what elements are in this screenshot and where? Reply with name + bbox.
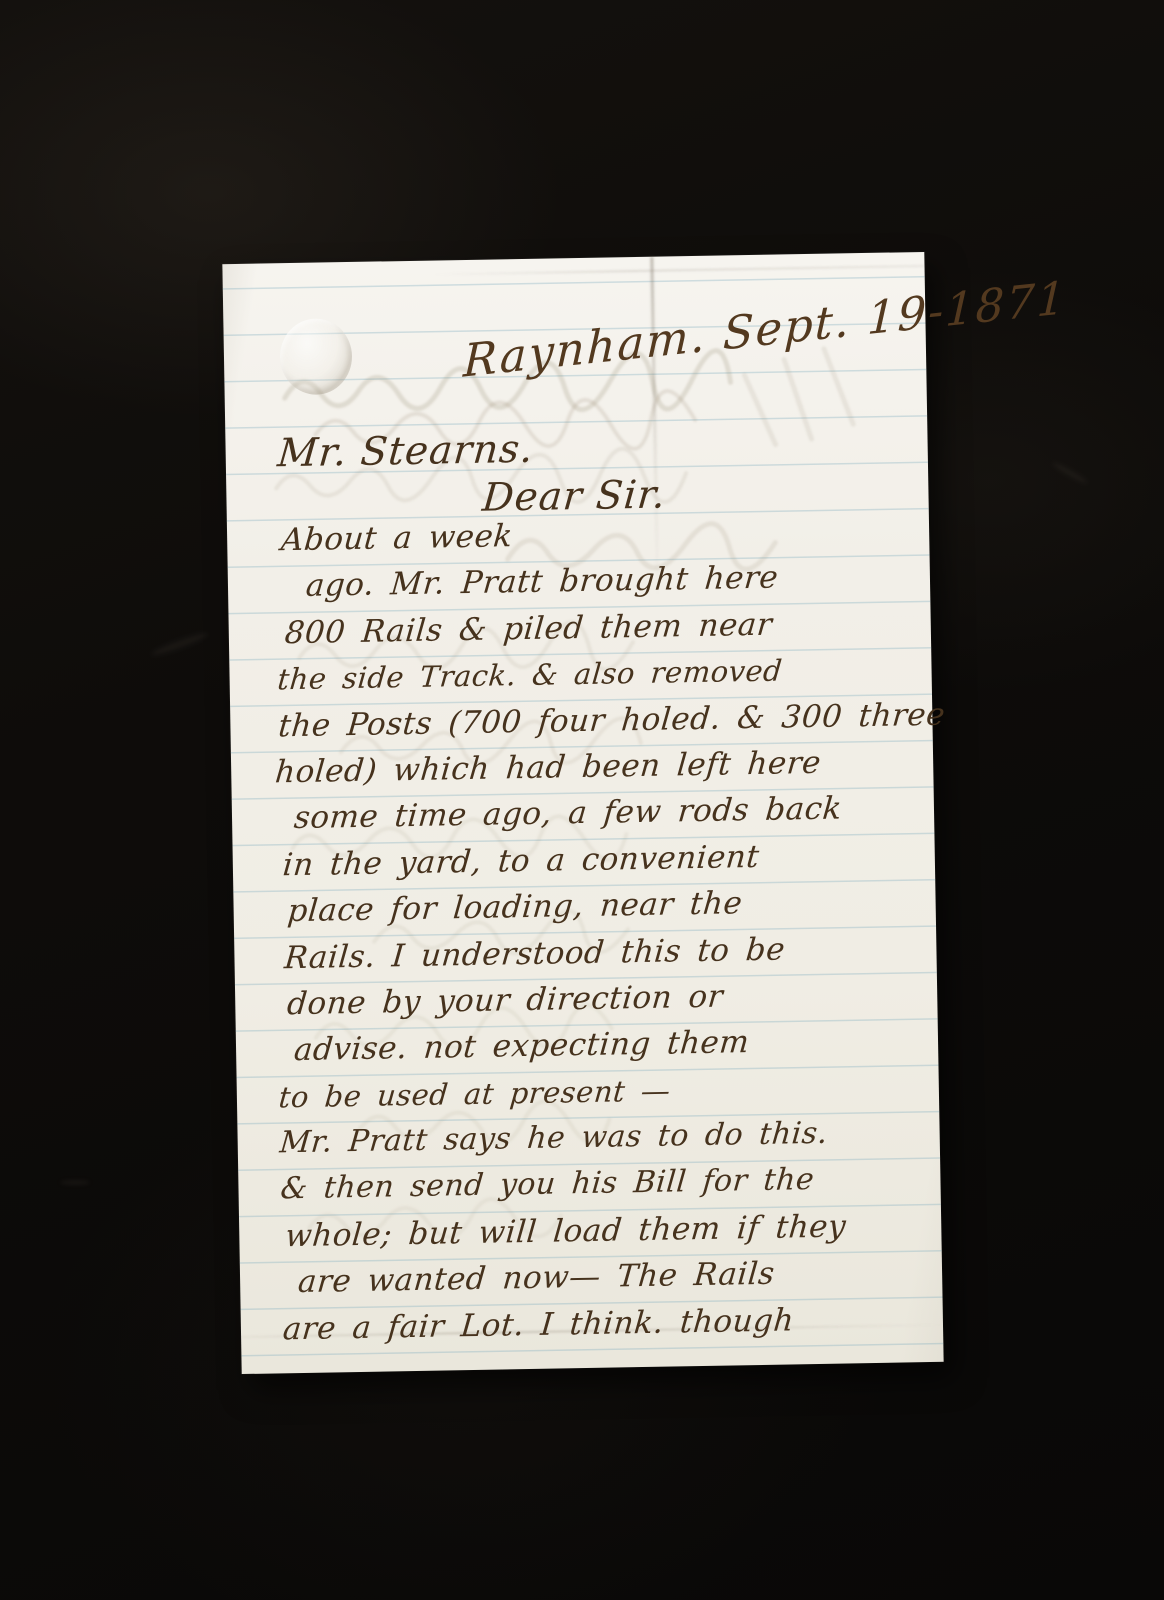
mat-scratch-mark <box>1051 460 1089 485</box>
letter-paper: Raynham. Sept. 19-1871 Mr. Stearns. Dear… <box>222 252 943 1374</box>
mat-scratch-mark <box>150 630 209 658</box>
mat-scratch-mark <box>60 1180 90 1185</box>
letter-recipient: Mr. Stearns. <box>276 427 536 477</box>
letter-body: About a weekago. Mr. Pratt brought here8… <box>269 506 943 1352</box>
